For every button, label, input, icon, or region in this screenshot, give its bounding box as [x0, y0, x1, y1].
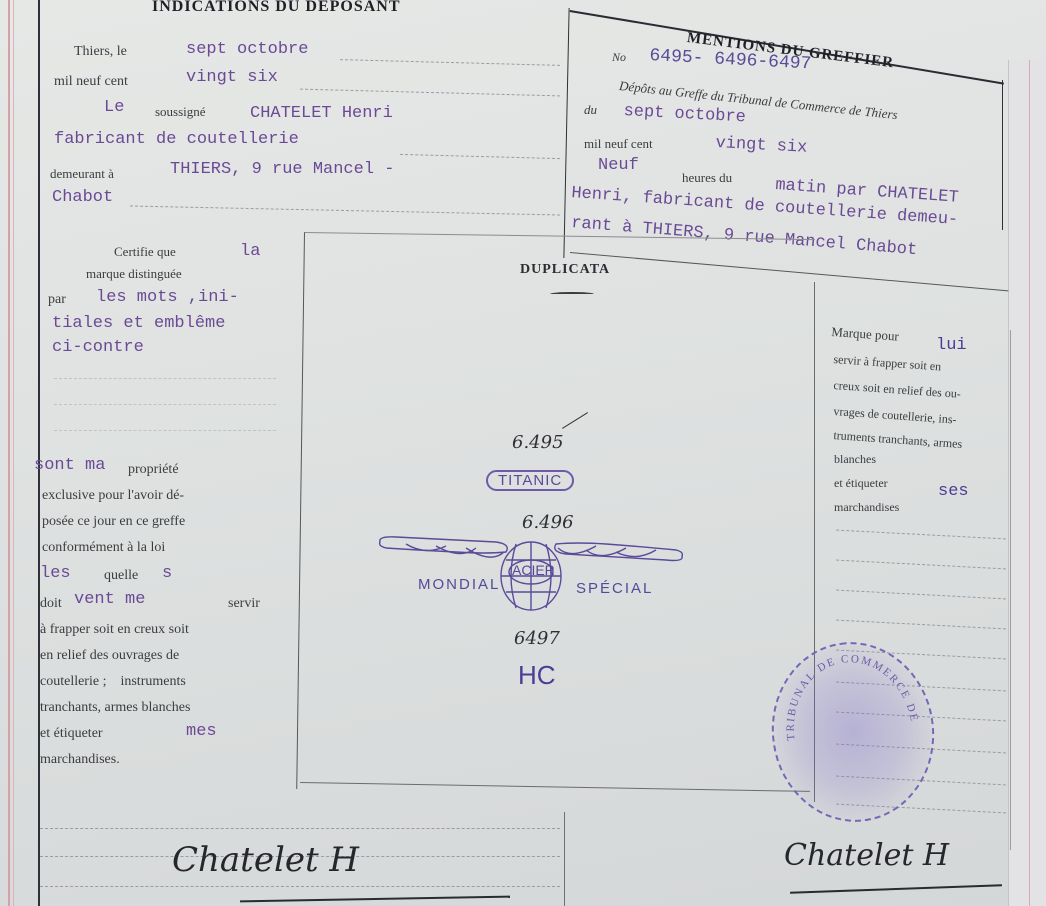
- use-line-right: creux soit en relief des ou-: [833, 378, 961, 402]
- property-typed: sont ma: [34, 456, 105, 475]
- depositor-header: INDICATIONS DU DÉPOSANT: [152, 0, 401, 16]
- emblem-center-text: ACIER: [512, 562, 555, 578]
- year-field: vingt six: [186, 68, 278, 87]
- undersigned-label: soussigné: [155, 104, 206, 120]
- by-field-3: ci-contre: [52, 338, 144, 357]
- fill-line: [40, 886, 560, 887]
- emblem-right-text: SPÉCIAL: [576, 580, 653, 597]
- hour-field: Neuf: [598, 156, 639, 175]
- bottom-divider: [564, 812, 565, 906]
- mark-number-3: 6497: [514, 628, 560, 649]
- fill-line: [40, 828, 560, 829]
- mark-number-1: 6.495: [512, 432, 564, 453]
- du-label: du: [584, 102, 597, 118]
- use-line-right: vrages de coutellerie, ins-: [833, 404, 957, 428]
- fill-line: [836, 620, 1006, 630]
- body-line: conformément à la loi: [42, 540, 165, 556]
- right-box-border: [1002, 80, 1003, 230]
- fill-line: [836, 590, 1006, 600]
- by-field-2: tiales et emblême: [52, 314, 225, 333]
- signature-right: Chatelet H: [784, 838, 949, 873]
- use-line: en relief des ouvrages de: [40, 648, 179, 664]
- fill-line: [340, 59, 560, 66]
- mark-number-2: 6.496: [522, 512, 574, 533]
- fill-line: [836, 560, 1006, 570]
- signature-underline: [240, 896, 510, 903]
- label-typed: mes: [186, 722, 217, 741]
- emblem-left-text: MONDIAL: [418, 576, 500, 593]
- fill-line: [54, 378, 276, 379]
- use-line: coutellerie ; instruments: [40, 674, 186, 690]
- fill-line: [54, 404, 276, 405]
- title-flourish: [550, 292, 594, 296]
- fill-line: [836, 530, 1006, 540]
- goods-label-right: marchandises: [834, 500, 899, 515]
- goods-label: marchandises.: [40, 752, 120, 768]
- margin-line: [13, 0, 14, 906]
- mark-label: marque distinguée: [86, 266, 182, 282]
- left-border: [38, 0, 40, 906]
- mark-for-label: Marque pour: [831, 324, 899, 345]
- fill-line: [400, 154, 560, 159]
- use-line-right: blanches: [834, 452, 876, 467]
- signature-underline: [790, 884, 1002, 893]
- body-line: exclusive pour l'avoir dé-: [42, 488, 184, 504]
- use-line-right: truments tranchants, armes: [833, 428, 963, 452]
- residence-field-2: Chabot: [52, 188, 113, 207]
- date-field: sept octobre: [186, 40, 308, 59]
- property-label: propriété: [128, 462, 179, 478]
- date-field-right: sept octobre: [623, 102, 746, 127]
- number-label: No: [612, 50, 626, 65]
- year-label: mil neuf cent: [54, 74, 128, 90]
- column-divider: [563, 8, 569, 258]
- label-label-right: et étiqueter: [834, 476, 888, 491]
- duplicata-title: DUPLICATA: [520, 262, 610, 278]
- court-seal-stamp: TRIBUNAL DE COMMERCE DE THIERS: [760, 632, 945, 833]
- next-page-edge: [1008, 60, 1046, 906]
- fill-line: [130, 205, 560, 215]
- use-line-right: servir à frapper soit en: [833, 352, 942, 374]
- label-label: et étiqueter: [40, 726, 103, 742]
- certifies-label: Certifie que: [114, 244, 176, 260]
- by-label: par: [48, 292, 66, 308]
- which-suffix: s: [162, 564, 172, 583]
- titanic-stamp: TITANIC: [486, 470, 574, 491]
- name-field: CHATELET Henri: [250, 104, 393, 123]
- serve-label: servir: [228, 596, 260, 612]
- use-line: tranchants, armes blanches: [40, 700, 190, 716]
- fill-line: [54, 430, 276, 431]
- certifies-field: la: [240, 242, 260, 261]
- signature-left: Chatelet H: [172, 840, 359, 880]
- place-label: Thiers, le: [74, 44, 127, 60]
- use-line: à frapper soit en creux soit: [40, 622, 189, 638]
- residence-label: demeurant à: [50, 166, 114, 182]
- which-label: quelle: [104, 568, 138, 584]
- must-label: doit: [40, 596, 62, 612]
- hour-label: heures du: [682, 170, 732, 186]
- residence-field-1: THIERS, 9 rue Mancel -: [170, 160, 394, 179]
- right-border: [1010, 330, 1011, 850]
- label-typed-right: ses: [938, 482, 969, 501]
- year-label-right: mil neuf cent: [584, 136, 653, 152]
- by-field-1: les mots ,ini-: [96, 288, 239, 307]
- register-page: INDICATIONS DU DÉPOSANT Thiers, le sept …: [0, 0, 1046, 906]
- margin-line: [8, 0, 10, 906]
- body-line: posée ce jour en ce greffe: [42, 514, 185, 530]
- undersigned-prefix: Le: [104, 98, 124, 117]
- which-typed: les: [40, 564, 71, 583]
- fill-line: [300, 89, 560, 97]
- year-field-right: vingt six: [715, 134, 808, 158]
- mark-for-field: lui: [936, 336, 967, 355]
- hc-stamp: HC: [518, 660, 556, 691]
- must-typed: vent me: [74, 590, 145, 609]
- profession-field: fabricant de coutellerie: [54, 130, 299, 149]
